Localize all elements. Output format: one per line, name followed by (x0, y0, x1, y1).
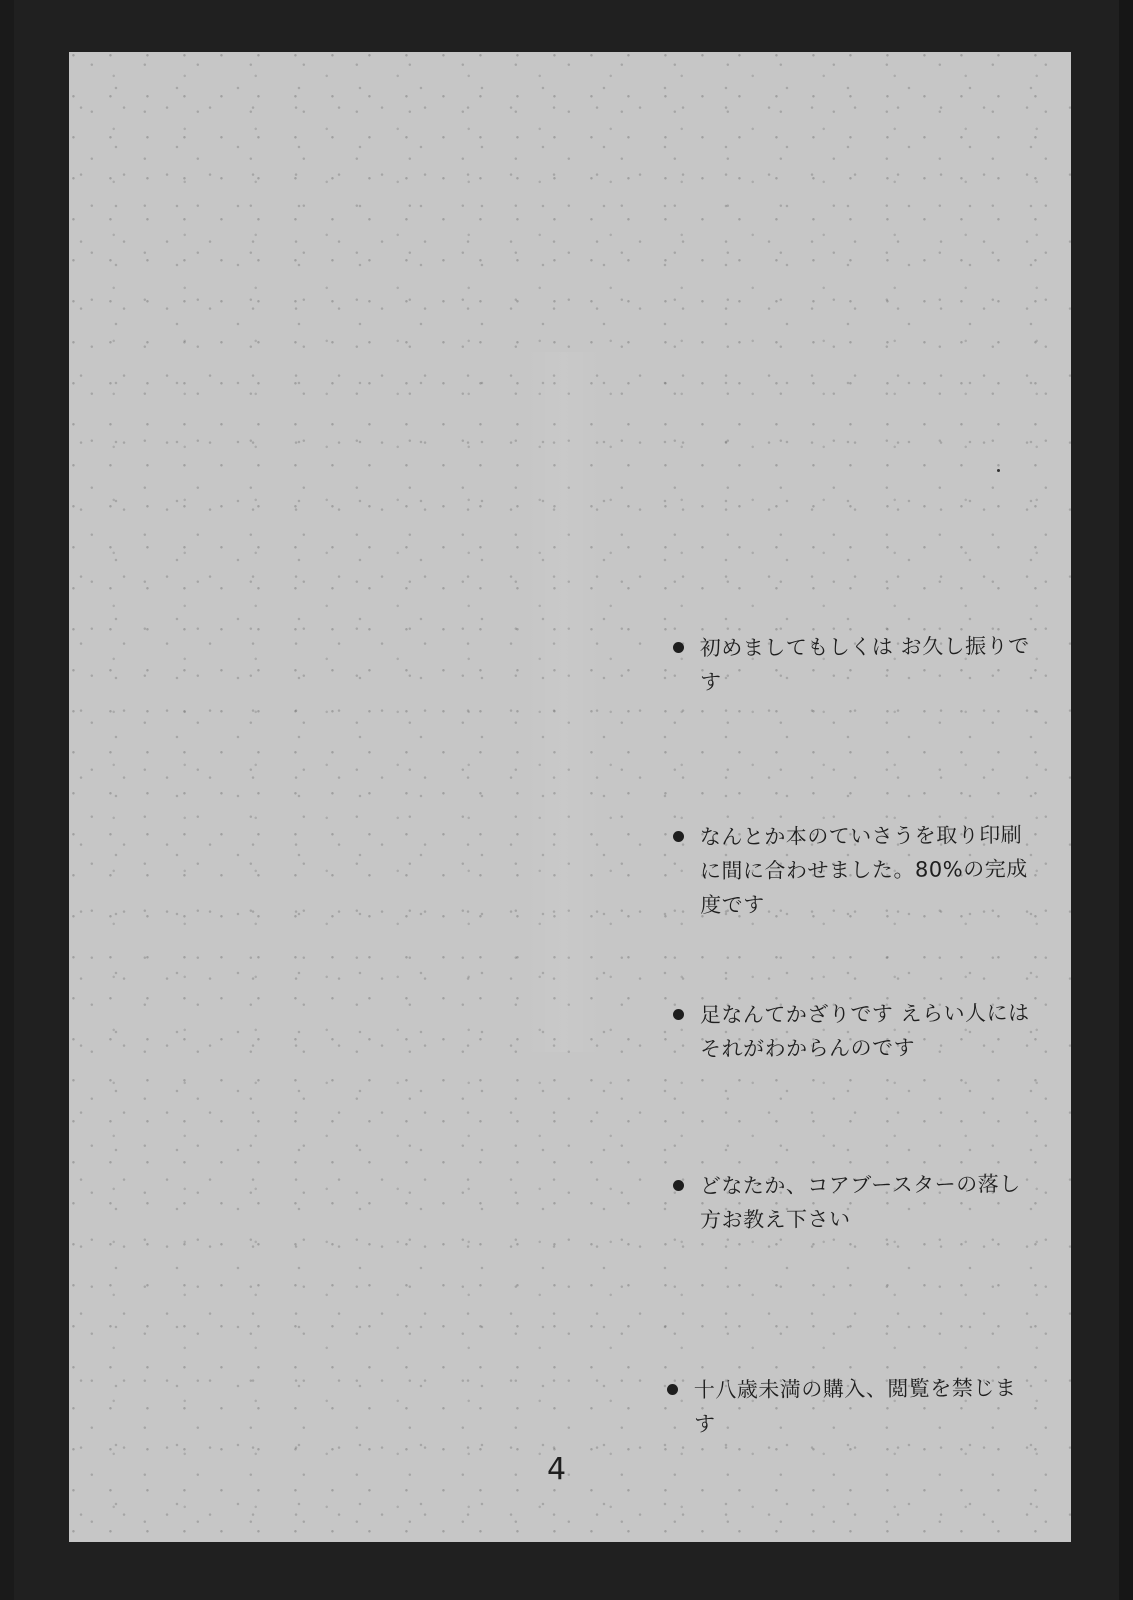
note-item: なんとか本のていさうを取り印刷に間に合わせました。80%の完成度です (673, 819, 1040, 921)
note-item: 足なんてかざりです えらい人にはそれがわからんのです (673, 997, 1040, 1065)
paper-page: 初めましてもしくは お久し振りです なんとか本のていさうを取り印刷に間に合わせま… (69, 52, 1071, 1542)
page-number: 4 (547, 1452, 566, 1487)
note-text: 足なんてかざりです えらい人にはそれがわからんのです (700, 996, 1040, 1066)
bleed-through-shadow (524, 352, 604, 1052)
bullet-icon (673, 831, 684, 842)
note-text: なんとか本のていさうを取り印刷に間に合わせました。80%の完成度です (700, 818, 1041, 922)
ink-speck (997, 469, 1000, 472)
note-item: 初めましてもしくは お久し振りです (673, 630, 1040, 698)
note-text: 十八歳未満の購入、閲覧を禁じます (694, 1371, 1034, 1441)
bullet-icon (673, 642, 684, 653)
bullet-icon (673, 1180, 684, 1191)
note-item: 十八歳未満の購入、閲覧を禁じます (667, 1372, 1034, 1440)
note-text: 初めましてもしくは お久し振りです (700, 629, 1040, 699)
bullet-icon (667, 1384, 678, 1395)
note-item: どなたか、コアブースターの落し方お教え下さい (673, 1168, 1040, 1236)
bullet-icon (673, 1009, 684, 1020)
scanned-page-frame: 初めましてもしくは お久し振りです なんとか本のていさうを取り印刷に間に合わせま… (0, 0, 1133, 1600)
note-text: どなたか、コアブースターの落し方お教え下さい (700, 1167, 1040, 1237)
